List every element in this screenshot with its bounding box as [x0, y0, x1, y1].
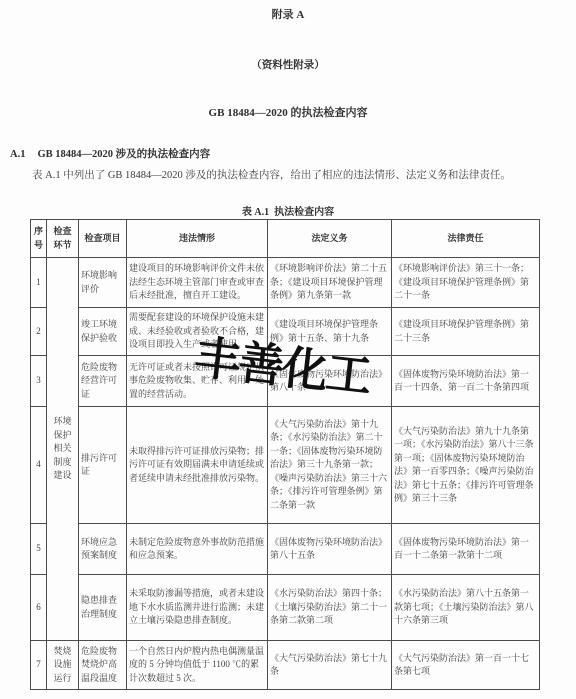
- cell-violation: 一个自然日内炉膛内热电偶测量温度的 5 分钟均值低于 1100 ℃的累计次数超过…: [127, 641, 268, 690]
- intro-paragraph: 表 A.1 中列出了 GB 18484—2020 涉及的执法检查内容，给出了相应…: [10, 165, 547, 186]
- cell-duty: 《固体废物污染环境防治法》第八十五条: [268, 524, 392, 575]
- header-cell-item: 检查项目: [79, 220, 127, 258]
- table-header-row: 序 号 检查 环节 检查项目 违法情形 法定义务 法律责任: [31, 220, 540, 258]
- table-row: 1 环境 保护 相关 制度 建设 环境影响评价 建设项目的环境影响评价文件未依法…: [31, 258, 540, 308]
- table-row: 4 排污许可证 未取得排污许可证排放污染物；排污许可证有效期届满未申请延续或者延…: [31, 407, 540, 524]
- cell-violation: 未制定危险废物意外事故防范措施和应急预案。: [127, 524, 268, 575]
- cell-item: 排污许可证: [79, 407, 127, 524]
- cell-stage-incinerator: 焚烧 设施 运行: [47, 641, 79, 690]
- header-cell-duty: 法定义务: [268, 220, 392, 258]
- cell-liability: 《大气污染防治法》第一百一十七条第七项: [392, 641, 540, 690]
- cell-violation: 未采取防渗漏等措施，或者未建设地下水水质监测井进行监测；未建立土壤污染隐患排查制…: [127, 575, 268, 641]
- header-cell-violation: 违法情形: [127, 220, 268, 258]
- document-page: 附录 A （资料性附录） GB 18484—2020 的执法检查内容 A.1GB…: [0, 0, 576, 699]
- cell-row-number: 2: [31, 308, 47, 356]
- doc-title: GB 18484—2020 的执法检查内容: [0, 104, 576, 120]
- header-cell-no: 序 号: [31, 220, 47, 258]
- inspection-table: 序 号 检查 环节 检查项目 违法情形 法定义务 法律责任 1 环境 保护 相关…: [30, 219, 540, 690]
- cell-duty: 《水污染防治法》第四十条；《土壤污染防治法》第二十一条第二款第二项: [268, 575, 392, 641]
- cell-row-number: 1: [31, 258, 47, 308]
- appendix-type-label: （资料性附录）: [0, 57, 576, 72]
- section-number: A.1: [10, 149, 25, 160]
- table-caption: 表 A.1 执法检查内容: [0, 203, 576, 218]
- appendix-title: 附录 A: [0, 6, 576, 22]
- table-row: 7 焚烧 设施 运行 危险废物焚烧炉高温段温度 一个自然日内炉膛内热电偶测量温度…: [31, 641, 540, 690]
- section-heading: A.1GB 18484—2020 涉及的执法检查内容: [10, 146, 210, 161]
- cell-item: 环境影响评价: [79, 258, 127, 308]
- table-row: 6 隐患排查治理制度 未采取防渗漏等措施，或者未建设地下水水质监测井进行监测；未…: [31, 575, 540, 641]
- cell-liability: 《大气污染防治法》第九十九条第一项；《水污染防治法》第八十三条第一项；《固体废物…: [392, 407, 540, 524]
- cell-item: 环境应急预案制度: [79, 524, 127, 575]
- cell-duty: 《环境影响评价法》第二十五条；《建设项目环境保护管理条例》第九条第一款: [268, 258, 392, 308]
- header-cell-stage: 检查 环节: [47, 220, 79, 258]
- cell-row-number: 3: [31, 356, 47, 407]
- cell-liability: 《环境影响评价法》第三十一条；《建设项目环境保护管理条例》第二十一条: [392, 258, 540, 308]
- cell-item: 竣工环境保护验收: [79, 308, 127, 356]
- cell-item: 危险废物焚烧炉高温段温度: [79, 641, 127, 690]
- table-row: 5 环境应急预案制度 未制定危险废物意外事故防范措施和应急预案。 《固体废物污染…: [31, 524, 540, 575]
- cell-stage-env-system: 环境 保护 相关 制度 建设: [47, 258, 79, 641]
- cell-item: 危险废物经营许可证: [79, 356, 127, 407]
- section-heading-title: GB 18484—2020 涉及的执法检查内容: [37, 149, 210, 160]
- cell-row-number: 6: [31, 575, 47, 641]
- header-cell-liability: 法律责任: [392, 220, 540, 258]
- cell-duty: 《大气污染防治法》第七十九条: [268, 641, 392, 690]
- cell-row-number: 5: [31, 524, 47, 575]
- cell-item: 隐患排查治理制度: [79, 575, 127, 641]
- cell-row-number: 7: [31, 641, 47, 690]
- cell-liability: 《固体废物污染环境防治法》第一百一十二条第一款第十二项: [392, 524, 540, 575]
- cell-liability: 《水污染防治法》第八十五条第一款第七项；《土壤污染防治法》第八十六条第三项: [392, 575, 540, 641]
- cell-duty: 《大气污染防治法》第十九条；《水污染防治法》第二十一条；《固体废物污染环境防治法…: [268, 407, 392, 524]
- cell-row-number: 4: [31, 407, 47, 524]
- cell-liability: 《固体废物污染环境防治法》第一百一十四条、第一百二十条第四项: [392, 356, 540, 407]
- cell-liability: 《建设项目环境保护管理条例》第二十三条: [392, 308, 540, 356]
- cell-violation: 未取得排污许可证排放污染物；排污许可证有效期届满未申请延续或者延续申请未经批准排…: [127, 407, 268, 524]
- cell-violation: 建设项目的环境影响评价文件未依法经生态环境主管部门审查或审查后未经批准，擅自开工…: [127, 258, 268, 308]
